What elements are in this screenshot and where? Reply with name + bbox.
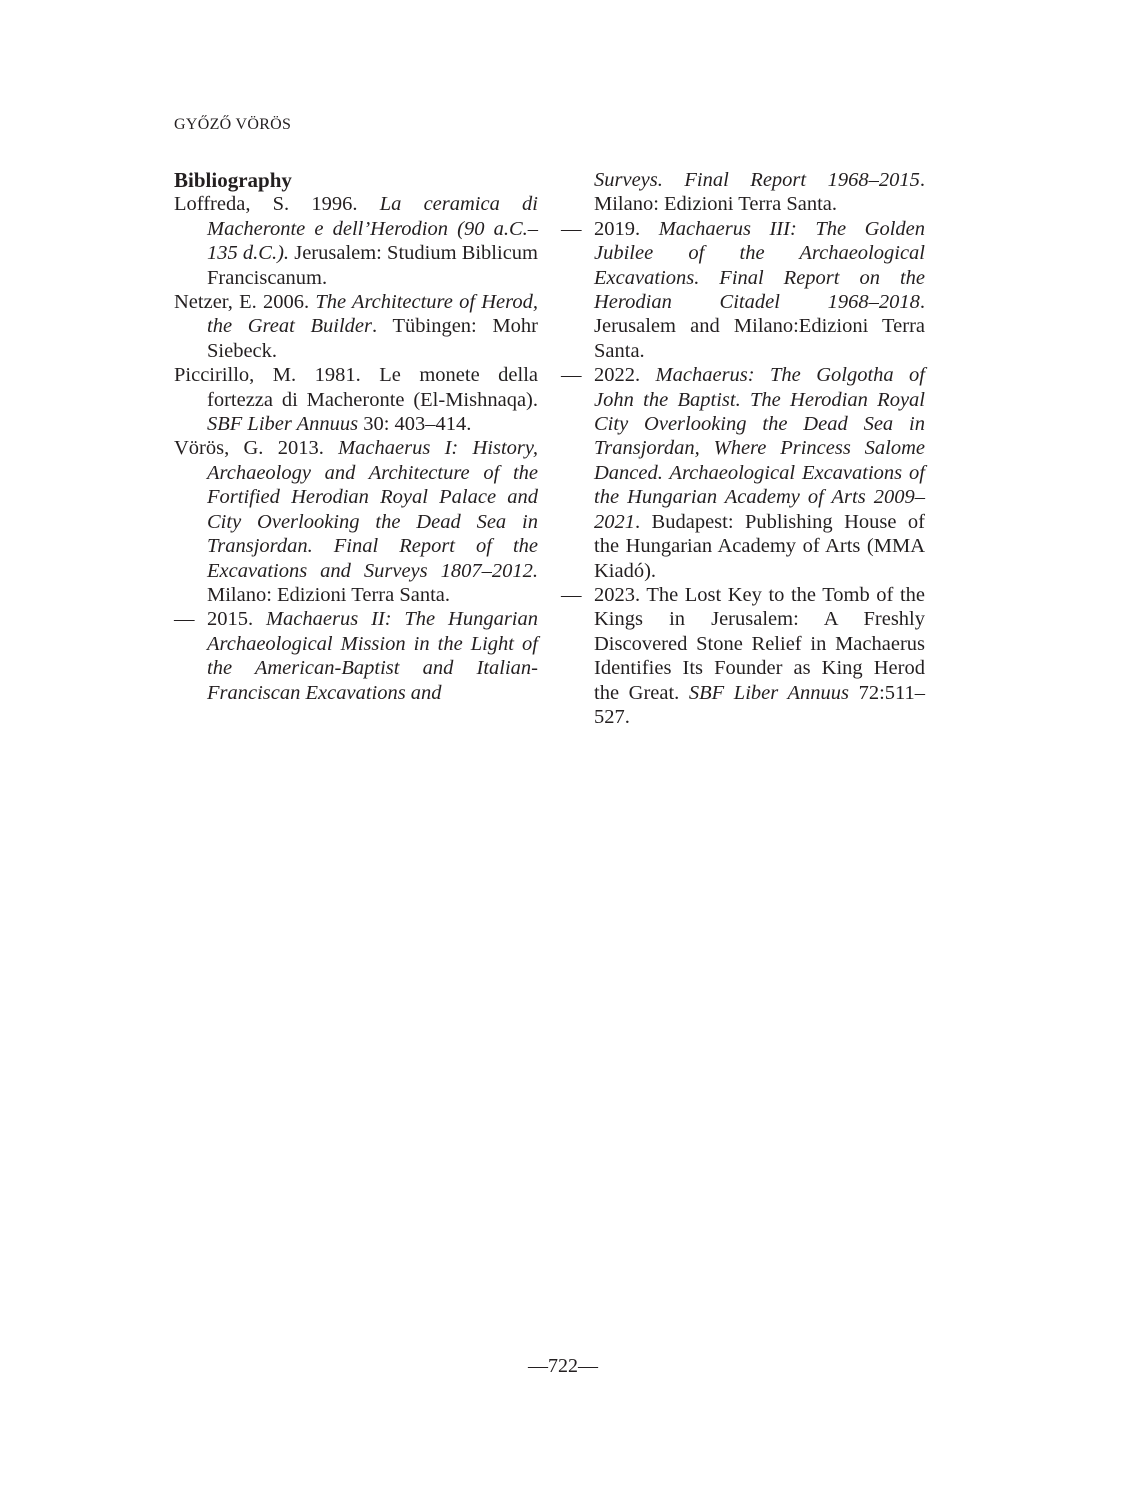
bibliography-entry: —2022. Machaerus: The Golgotha of John t… [561,363,925,583]
entry-text: Piccirillo, M. 1981. Le monete della for… [174,364,538,410]
entry-text: Milano: Edizioni Terra Santa. [207,584,450,606]
entry-title: Machaerus: The Golgotha of John the Bapt… [594,364,925,532]
ditto-dash: — [174,607,207,631]
bibliography-list-right: Surveys. Final Report 1968–2015. Milano:… [561,168,925,729]
bibliography-list-left: Loffreda, S. 1996. La ceramica di Macher… [174,192,538,705]
bibliography-right-column: Surveys. Final Report 1968–2015. Milano:… [561,168,925,729]
bibliography-entry: Surveys. Final Report 1968–2015. Milano:… [561,168,925,217]
bibliography-entry: Piccirillo, M. 1981. Le monete della for… [174,363,538,436]
entry-text: 30: 403–414. [358,413,471,435]
entry-text: 2015. [207,608,266,630]
page-number: —722— [0,1355,1126,1378]
entry-title: SBF Liber Annuus [207,413,358,435]
bibliography-left-column: Bibliography Loffreda, S. 1996. La ceram… [174,168,538,705]
entry-text: 2019. [594,218,659,240]
section-heading: Bibliography [174,168,538,192]
entry-text: Vörös, G. 2013. [174,437,338,459]
bibliography-entry: —2015. Machaerus II: The Hungarian Archa… [174,607,538,705]
entry-title: Surveys. Final Report 1968–2015 [594,169,920,191]
ditto-dash: — [561,363,594,387]
bibliography-entry: Loffreda, S. 1996. La ceramica di Macher… [174,192,538,290]
bibliography-entry: Vörös, G. 2013. Machaerus I: History, Ar… [174,436,538,607]
entry-text: . Budapest: Publishing House of the Hung… [594,511,925,582]
bibliography-entry: —2023. The Lost Key to the Tomb of the K… [561,583,925,729]
bibliography-entry: Netzer, E. 2006. The Architecture of Her… [174,290,538,363]
entry-text: 2022. [594,364,656,386]
entry-text: Netzer, E. 2006. [174,291,315,313]
running-head: GYŐZŐ VÖRÖS [174,116,291,134]
entry-text: Loffreda, S. 1996. [174,193,380,215]
ditto-dash: — [561,583,594,607]
ditto-dash: — [561,217,594,241]
entry-title: SBF Liber Annuus [689,682,849,704]
bibliography-entry: —2019. Machaerus III: The Golden Jubilee… [561,217,925,363]
